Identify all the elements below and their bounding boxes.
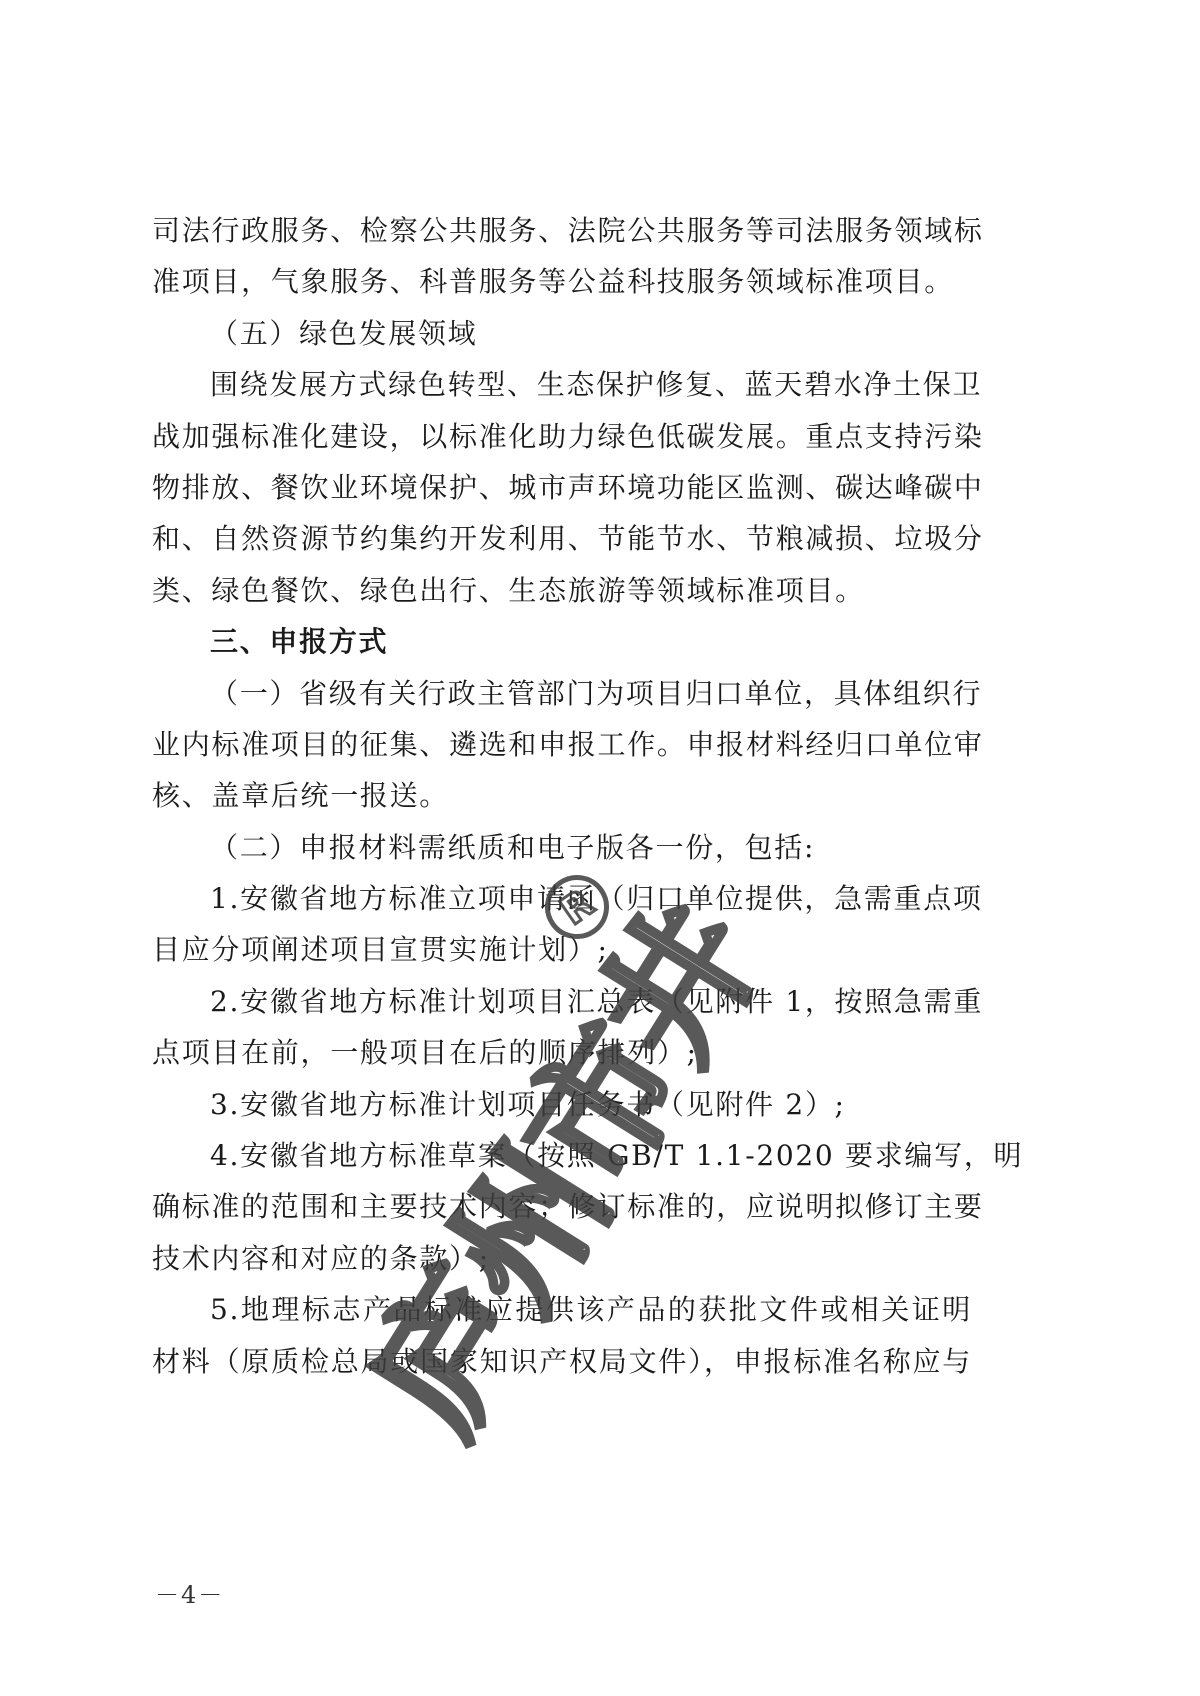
document-body: 司法行政服务、检察公共服务、法院公共服务等司法服务领域标 准项目，气象服务、科普…	[152, 205, 972, 1387]
section-heading: 三、申报方式	[152, 616, 972, 667]
paragraph-line: 物排放、餐饮业环境保护、城市声环境功能区监测、碳达峰碳中	[152, 462, 972, 513]
paragraph-line: （一）省级有关行政主管部门为项目归口单位，具体组织行	[152, 668, 972, 719]
document-page: 司法行政服务、检察公共服务、法院公共服务等司法服务领域标 准项目，气象服务、科普…	[0, 0, 1200, 1696]
paragraph-line: 战加强标准化建设，以标准化助力绿色低碳发展。重点支持污染	[152, 411, 972, 462]
paragraph-line: 准项目，气象服务、科普服务等公益科技服务领域标准项目。	[152, 256, 972, 307]
section-subheading: （五）绿色发展领域	[152, 308, 972, 359]
list-item-line: 2.安徽省地方标准计划项目汇总表（见附件 1，按照急需重	[152, 976, 972, 1027]
list-item-line: 确标准的范围和主要技术内容；修订标准的，应说明拟修订主要	[152, 1181, 972, 1232]
list-item-line: 点项目在前，一般项目在后的顺序排列）;	[152, 1027, 972, 1078]
paragraph-line: 和、自然资源节约集约开发利用、节能节水、节粮减损、垃圾分	[152, 513, 972, 564]
paragraph-line: 围绕发展方式绿色转型、生态保护修复、蓝天碧水净土保卫	[152, 359, 972, 410]
page-number: －4－	[155, 1575, 224, 1610]
list-item-line: 3.安徽省地方标准计划项目任务书（见附件 2）;	[152, 1079, 972, 1130]
list-item-line: 材料（原质检总局或国家知识产权局文件），申报标准名称应与	[152, 1336, 972, 1387]
section-subheading: （二）申报材料需纸质和电子版各一份，包括:	[152, 822, 972, 873]
paragraph-line: 业内标准项目的征集、遴选和申报工作。申报材料经归口单位审	[152, 719, 972, 770]
list-item-line: 5.地理标志产品标准应提供该产品的获批文件或相关证明	[152, 1284, 972, 1335]
paragraph-line: 核、盖章后统一报送。	[152, 770, 972, 821]
list-item-line: 目应分项阐述项目宣贯实施计划）;	[152, 924, 972, 975]
paragraph-line: 司法行政服务、检察公共服务、法院公共服务等司法服务领域标	[152, 205, 972, 256]
paragraph-line: 类、绿色餐饮、绿色出行、生态旅游等领域标准项目。	[152, 565, 972, 616]
list-item-line: 1.安徽省地方标准立项申请函（归口单位提供，急需重点项	[152, 873, 972, 924]
list-item-line: 4.安徽省地方标准草案（按照 GB/T 1.1-2020 要求编写，明	[152, 1130, 972, 1181]
list-item-line: 技术内容和对应的条款）;	[152, 1233, 972, 1284]
